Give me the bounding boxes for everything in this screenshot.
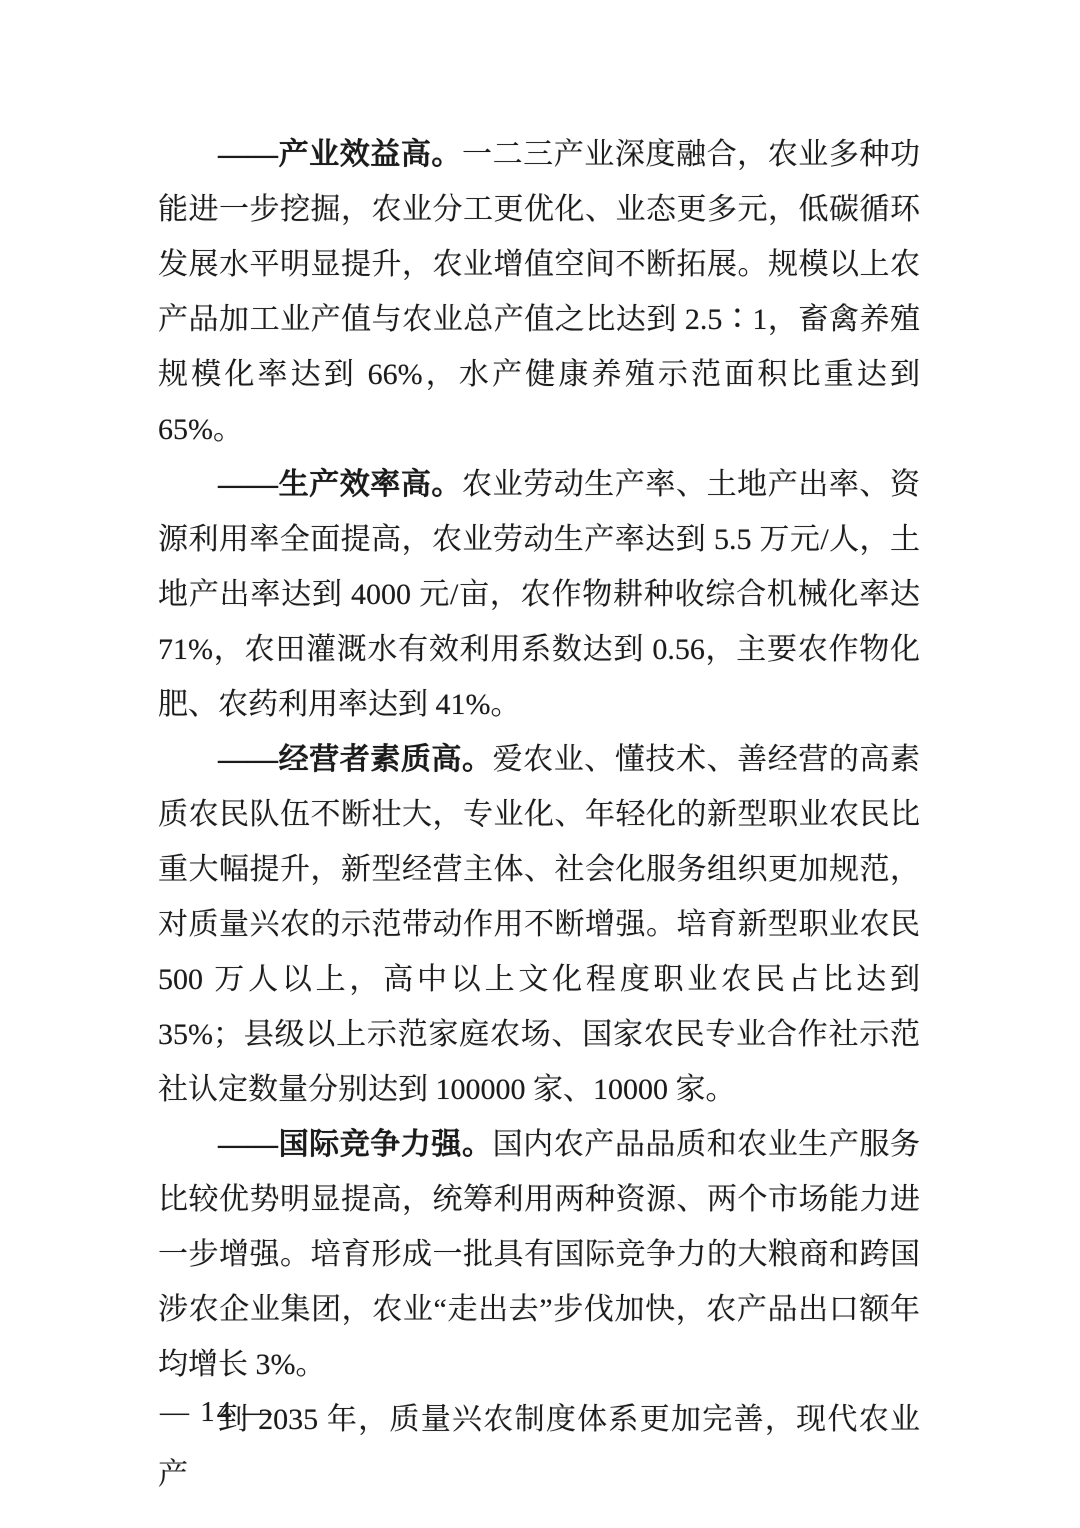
- paragraph-text: 国内农产品品质和农业生产服务比较优势明显提高，统筹利用两种资源、两个市场能力进一…: [158, 1128, 920, 1381]
- paragraph: ——国际竞争力强。国内农产品品质和农业生产服务比较优势明显提高，统筹利用两种资源…: [158, 1117, 920, 1392]
- paragraph-lead: ——产业效益高。: [218, 138, 462, 171]
- paragraph-text: 农业劳动生产率、土地产出率、资源利用率全面提高，农业劳动生产率达到 5.5 万元…: [158, 468, 920, 721]
- paragraph: ——经营者素质高。爱农业、懂技术、善经营的高素质农民队伍不断壮大，专业化、年轻化…: [158, 732, 920, 1117]
- page-number: — 14 —: [160, 1396, 274, 1429]
- paragraph: ——生产效率高。农业劳动生产率、土地产出率、资源利用率全面提高，农业劳动生产率达…: [158, 457, 920, 732]
- paragraph: ——产业效益高。一二三产业深度融合，农业多种功能进一步挖掘，农业分工更优化、业态…: [158, 127, 920, 457]
- paragraph-lead: ——生产效率高。: [218, 468, 462, 501]
- paragraph-lead: ——国际竞争力强。: [218, 1128, 493, 1161]
- paragraph-text: 一二三产业深度融合，农业多种功能进一步挖掘，农业分工更优化、业态更多元，低碳循环…: [158, 138, 920, 446]
- paragraph-lead: ——经营者素质高。: [218, 743, 493, 776]
- paragraph-text: 爱农业、懂技术、善经营的高素质农民队伍不断壮大，专业化、年轻化的新型职业农民比重…: [158, 743, 920, 1106]
- document-body: ——产业效益高。一二三产业深度融合，农业多种功能进一步挖掘，农业分工更优化、业态…: [158, 127, 920, 1502]
- document-page: ——产业效益高。一二三产业深度融合，农业多种功能进一步挖掘，农业分工更优化、业态…: [0, 0, 1080, 1528]
